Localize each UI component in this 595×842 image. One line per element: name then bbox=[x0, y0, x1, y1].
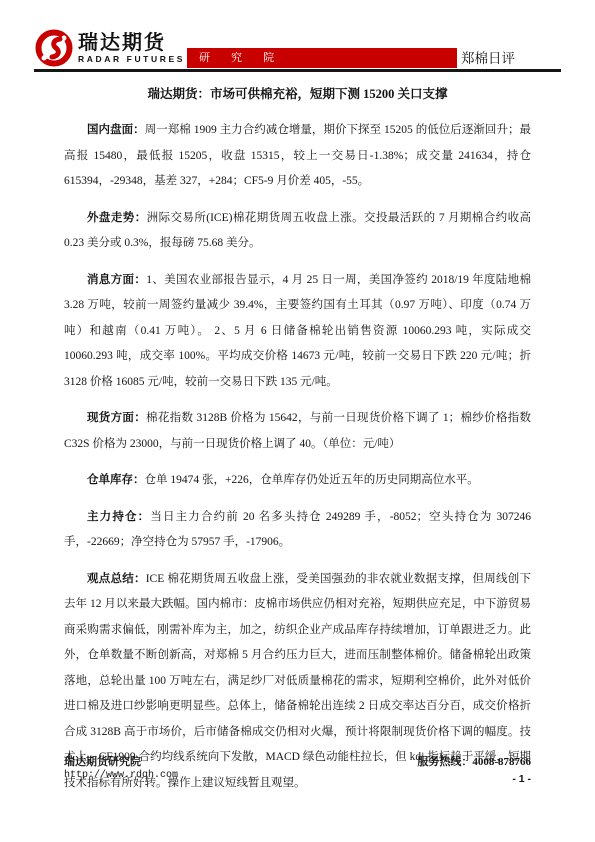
report-header: 瑞达期货 RADAR FUTURES 研 究 院 郑棉日评 bbox=[34, 28, 561, 72]
hotline-label: 服务热线： bbox=[417, 756, 472, 768]
radar-futures-logo-icon bbox=[34, 28, 74, 68]
brand-block: 瑞达期货 RADAR FUTURES bbox=[34, 28, 185, 68]
footer-org: 瑞达期货研究院 bbox=[64, 755, 178, 769]
section-label: 消息方面： bbox=[87, 274, 146, 286]
report-footer: 瑞达期货研究院 http://www.rdqh.com 服务热线：4008-87… bbox=[64, 755, 531, 786]
report-page: 瑞达期货 RADAR FUTURES 研 究 院 郑棉日评 瑞达期货：市场可供棉… bbox=[0, 0, 595, 842]
section-paragraph: 消息方面：1、美国农业部报告显示，4 月 25 日一周，美国净签约 2018/1… bbox=[64, 268, 531, 396]
section-paragraph: 现货方面：棉花指数 3128B 价格为 15642，与前一日现货价格下调了 1；… bbox=[64, 406, 531, 457]
brand-name-cn: 瑞达期货 bbox=[78, 33, 185, 53]
section-label: 主力持仓： bbox=[87, 511, 150, 523]
research-institute-banner: 研 究 院 bbox=[187, 48, 457, 68]
section-label: 国内盘面： bbox=[87, 124, 145, 136]
footer-hotline: 服务热线：4008-878766 bbox=[417, 755, 531, 769]
section-paragraph: 国内盘面：周一郑棉 1909 主力合约减仓增量，期价下探至 15205 的低位后… bbox=[64, 118, 531, 195]
report-title: 瑞达期货：市场可供棉充裕，短期下测 15200 关口支撑 bbox=[64, 84, 531, 102]
header-divider bbox=[34, 69, 561, 72]
section-label: 外盘走势： bbox=[87, 212, 147, 224]
report-body: 瑞达期货：市场可供棉充裕，短期下测 15200 关口支撑 国内盘面：周一郑棉 1… bbox=[64, 84, 531, 807]
section-paragraph: 主力持仓：当日主力合约前 20 名多头持仓 249289 手，-8052；空头持… bbox=[64, 505, 531, 556]
section-paragraph: 外盘走势：洲际交易所(ICE)棉花期货周五收盘上涨。交投最活跃的 7 月期棉合约… bbox=[64, 206, 531, 257]
section-text: 1、美国农业部报告显示，4 月 25 日一周，美国净签约 2018/19 年度陆… bbox=[64, 274, 531, 388]
section-label: 现货方面： bbox=[87, 412, 146, 424]
section-label: 观点总结： bbox=[87, 573, 146, 585]
section-label: 仓单库存： bbox=[87, 474, 145, 486]
page-number: - 1 - bbox=[417, 772, 531, 786]
hotline-number: 4008-878766 bbox=[472, 756, 531, 768]
brand-name-en: RADAR FUTURES bbox=[78, 55, 185, 64]
report-type-label: 郑棉日评 bbox=[457, 50, 561, 68]
sections: 国内盘面：周一郑棉 1909 主力合约减仓增量，期价下探至 15205 的低位后… bbox=[64, 118, 531, 796]
section-paragraph: 仓单库存：仓单 19474 张，+226，仓单库存仍处近五年的历史同期高位水平。 bbox=[64, 468, 531, 494]
footer-url: http://www.rdqh.com bbox=[64, 769, 178, 783]
section-text: 仓单 19474 张，+226，仓单库存仍处近五年的历史同期高位水平。 bbox=[145, 474, 479, 486]
